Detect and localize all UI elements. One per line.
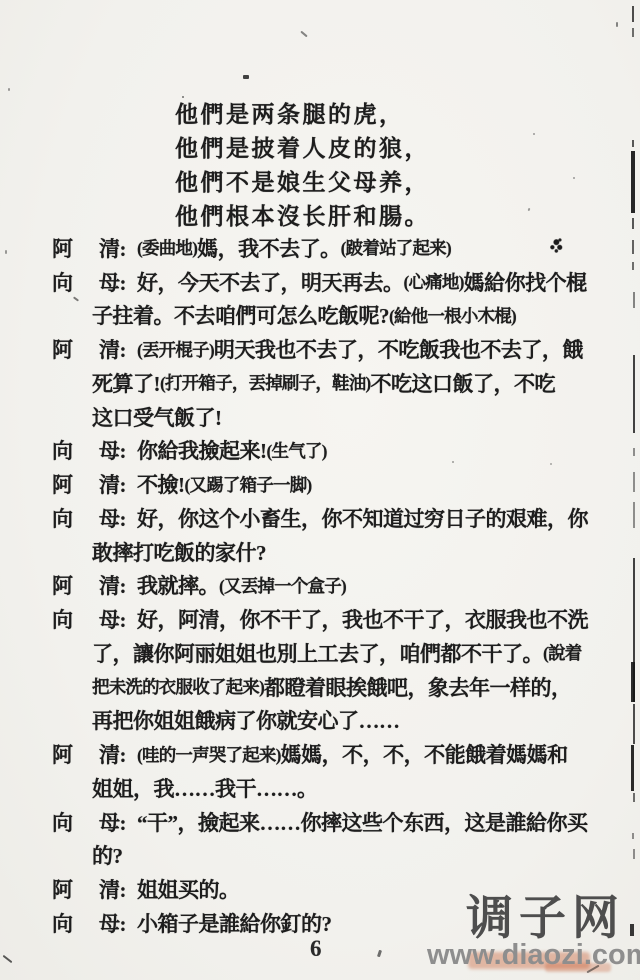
page-number: 6 bbox=[310, 936, 322, 962]
speaker-name: 向母: bbox=[52, 435, 126, 465]
scan-edge-artifact bbox=[633, 355, 635, 433]
stage-direction: (委曲地) bbox=[137, 235, 197, 260]
paper-speck bbox=[452, 461, 454, 463]
dialogue-text: 媽媽，不，不，不能餓着媽媽和 bbox=[281, 739, 568, 769]
dialogue-text: 他們是披着人皮的狼， bbox=[175, 130, 430, 163]
stage-direction: (給他一根小木棍) bbox=[389, 303, 516, 328]
script-line: 向母:“干”，撿起来……你摔这些个东西，这是誰給你买 bbox=[52, 805, 634, 839]
dialogue-text: 姐姐买的。 bbox=[137, 874, 240, 904]
paper-speck bbox=[533, 133, 535, 135]
script-line: 他們是披着人皮的狼， bbox=[175, 130, 634, 164]
script-line: 阿清:我就摔。(又丟掉一个盒子) bbox=[52, 569, 634, 603]
script-line: 他們不是娘生父母养， bbox=[175, 164, 634, 198]
script-line: 敢摔打吃飯的家什? bbox=[92, 535, 634, 569]
dialogue-text: 他們根本沒长肝和腸。 bbox=[175, 198, 430, 231]
dialogue-text: 不吃这口飯了，不吃 bbox=[370, 368, 555, 398]
scan-edge-artifact bbox=[633, 704, 635, 744]
script-line: 向母:好，你这个小畜生，你不知道过穷日子的艰难，你 bbox=[52, 501, 634, 535]
scanned-page: 他們是两条腿的虎，他們是披着人皮的狼，他們不是娘生父母养，他們根本沒长肝和腸。阿… bbox=[0, 0, 640, 980]
scan-edge-artifact bbox=[632, 262, 634, 270]
scan-edge-artifact bbox=[632, 6, 634, 22]
scan-edge-artifact bbox=[632, 240, 634, 254]
script-line: 了，讓你阿丽姐姐也別上工去了，咱們都不干了。(說着 bbox=[92, 636, 634, 670]
dialogue-text: 敢摔打吃飯的家什? bbox=[92, 537, 266, 567]
script-line: 阿清:不撿!(又踢了箱子一脚) bbox=[52, 467, 634, 501]
speaker-name: 阿清: bbox=[52, 233, 126, 263]
dialogue-text: 的? bbox=[92, 840, 123, 870]
script-line: 的? bbox=[92, 839, 634, 873]
dialogue-text: 他們不是娘生父母养， bbox=[175, 164, 430, 197]
stage-direction: (哇的一声哭了起来) bbox=[137, 742, 281, 767]
dialogue-text: 再把你姐姐餓病了你就安心了…… bbox=[92, 705, 400, 735]
script-line: 把未洗的衣服收了起来)都瞪着眼挨餓吧，象去年一样的， bbox=[92, 670, 634, 704]
scan-edge-artifact bbox=[633, 448, 635, 456]
paper-speck bbox=[8, 88, 10, 91]
paper-speck bbox=[550, 463, 552, 465]
dialogue-text: 好，阿清，你不干了，我也不干了，衣服我也不洗 bbox=[137, 604, 588, 634]
dialogue-text: 了，讓你阿丽姐姐也別上工去了，咱們都不干了。 bbox=[92, 638, 543, 668]
paper-speck bbox=[243, 75, 249, 79]
dialogue-text: 好，今天不去了，明天再去。 bbox=[137, 267, 404, 297]
stage-direction: (說着 bbox=[543, 640, 581, 665]
script-line: 他們根本沒长肝和腸。 bbox=[175, 197, 634, 231]
paper-speck bbox=[3, 955, 13, 963]
text-block: 他們是两条腿的虎，他們是披着人皮的狼，他們不是娘生父母养，他們根本沒长肝和腸。阿… bbox=[52, 96, 634, 940]
stage-direction: 把未洗的衣服收了起来) bbox=[92, 674, 264, 699]
speaker-name: 向母: bbox=[52, 908, 126, 938]
stage-direction: (丟开棍子) bbox=[137, 337, 214, 362]
scan-edge-artifact bbox=[632, 833, 634, 839]
stage-direction: (心痛地) bbox=[404, 269, 464, 294]
paper-speck bbox=[616, 22, 618, 27]
scan-edge-artifact bbox=[631, 662, 635, 702]
script-line: 阿清:(丟开棍子)明天我也不去了，不吃飯我也不去了，餓 bbox=[52, 332, 634, 366]
dialogue-text: 你給我撿起来! bbox=[137, 435, 267, 465]
stage-direction: (生气了) bbox=[267, 438, 327, 463]
speaker-name: 向母: bbox=[52, 267, 126, 297]
dialogue-text: 姐姐，我……我干……。 bbox=[92, 773, 318, 803]
script-line: 姐姐，我……我干……。 bbox=[92, 771, 634, 805]
scan-edge-artifact bbox=[633, 472, 635, 492]
script-line: 这口受气飯了! bbox=[92, 400, 634, 434]
speaker-name: 向母: bbox=[52, 503, 126, 533]
speaker-name: 阿清: bbox=[52, 334, 126, 364]
dialogue-text: 好，你这个小畜生，你不知道过穷日子的艰难，你 bbox=[137, 503, 588, 533]
scan-edge-artifact bbox=[631, 151, 635, 213]
scan-edge-artifact bbox=[633, 849, 635, 859]
paper-speck bbox=[5, 250, 7, 254]
dialogue-text: 我就摔。 bbox=[137, 570, 219, 600]
scan-edge-artifact bbox=[633, 502, 635, 528]
dialogue-text: “干”，撿起来……你摔这些个东西，这是誰給你买 bbox=[137, 807, 588, 837]
dialogue-text: 小箱子是誰給你釘的? bbox=[137, 908, 332, 938]
dialogue-text: 明天我也不去了，不吃飯我也不去了，餓 bbox=[214, 334, 583, 364]
script-line: 他們是两条腿的虎， bbox=[175, 96, 634, 130]
script-line: 死算了!(打开箱子，丟掉刷子，鞋油) 不吃这口飯了，不吃 bbox=[92, 366, 634, 400]
speaker-name: 向母: bbox=[52, 604, 126, 634]
speaker-name: 阿清: bbox=[52, 469, 126, 499]
dialogue-text: 都瞪着眼挨餓吧，象去年一样的， bbox=[264, 672, 572, 702]
scan-edge-artifact bbox=[632, 28, 634, 37]
dialogue-text: 不撿! bbox=[137, 469, 185, 499]
dialogue-text: 媽，我不去了。 bbox=[197, 233, 341, 263]
script-line: 阿清:(哇的一声哭了起来)媽媽，不，不，不能餓着媽媽和 bbox=[52, 737, 634, 771]
watermark-site-name: 调子网 bbox=[466, 894, 625, 941]
dialogue-text: 这口受气飯了! bbox=[92, 402, 222, 432]
scan-edge-artifact bbox=[631, 745, 634, 791]
stage-direction: (又丟掉一个盒子) bbox=[219, 573, 346, 598]
paper-speck bbox=[377, 950, 382, 958]
script-line: 子拄着。不去咱們可怎么吃飯呢?(給他一根小木棍) bbox=[92, 299, 634, 333]
scan-edge-artifact bbox=[632, 140, 634, 147]
dialogue-text: 媽給你找个棍 bbox=[464, 267, 587, 297]
scan-edge-artifact bbox=[633, 292, 635, 308]
dialogue-text: 死算了! bbox=[92, 368, 160, 398]
script-line: 向母:好，阿清，你不干了，我也不干了，衣服我也不洗 bbox=[52, 602, 634, 636]
stage-direction: (跛着站了起来) bbox=[341, 235, 451, 260]
paper-speck bbox=[573, 177, 575, 179]
stage-direction: (打开箱子，丟掉刷子，鞋油) bbox=[160, 370, 370, 395]
dialogue-text: 他們是两条腿的虎， bbox=[175, 96, 405, 129]
dialogue-text: 子拄着。不去咱們可怎么吃飯呢? bbox=[92, 300, 389, 330]
scan-edge-artifact bbox=[633, 793, 635, 802]
speaker-name: 阿清: bbox=[52, 570, 126, 600]
paper-speck bbox=[500, 905, 502, 907]
speaker-name: 向母: bbox=[52, 807, 126, 837]
scan-edge-artifact bbox=[630, 924, 634, 936]
stage-direction: (又踢了箱子一脚) bbox=[185, 472, 312, 497]
speaker-name: 阿清: bbox=[52, 874, 126, 904]
script-line: 再把你姐姐餓病了你就安心了…… bbox=[92, 704, 634, 738]
watermark-site-url: www.diaozi.com bbox=[427, 941, 640, 970]
speaker-name: 阿清: bbox=[52, 739, 126, 769]
paper-speck bbox=[182, 96, 184, 98]
scan-edge-artifact bbox=[632, 218, 634, 229]
script-line: 向母:你給我撿起来!(生气了) bbox=[52, 434, 634, 468]
paper-speck bbox=[300, 31, 307, 38]
script-line: 向母:好，今天不去了，明天再去。(心痛地)媽給你找个棍 bbox=[52, 265, 634, 299]
